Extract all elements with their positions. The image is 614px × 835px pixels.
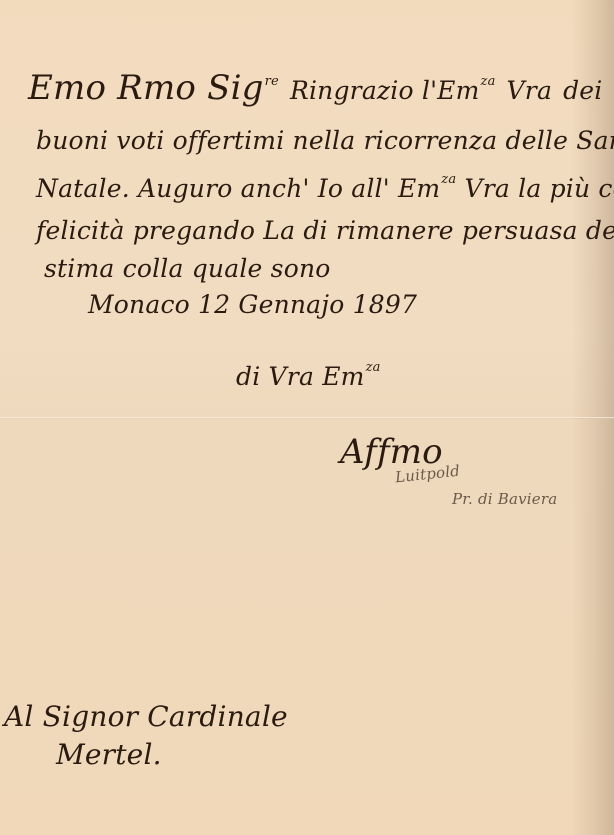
- salutation-emo: Emo: [28, 68, 106, 108]
- paper-fold-line: [0, 417, 614, 419]
- closing: di Vra Emza: [236, 360, 381, 391]
- closing-sup: za: [366, 360, 381, 375]
- address-line-1: Al Signor Cardinale: [4, 700, 288, 733]
- body-line-4: stima colla quale sono: [44, 254, 331, 283]
- salutation-ringrazio: Ringrazio l'Em: [290, 76, 480, 105]
- address-line-2: Mertel.: [56, 738, 162, 771]
- salutation-sig-sup: re: [265, 74, 279, 89]
- body-line-3: felicità pregando La di rimanere persuas…: [36, 216, 614, 245]
- body-line-1: buoni voti offertimi nella ricorrenza de…: [36, 126, 614, 155]
- closing-text: di Vra Em: [236, 362, 365, 391]
- salutation-eza-sup: za: [481, 74, 496, 89]
- salutation-dei: dei: [563, 76, 602, 105]
- body-line-2-end: la più compiuta: [518, 174, 614, 203]
- body-line-2-sup: za: [441, 172, 456, 187]
- salutation-sig: Sig: [207, 68, 264, 108]
- signature-title: Pr. di Baviera: [452, 490, 557, 508]
- body-line-2: Natale. Auguro anch' Io all' Emza Vra la…: [36, 172, 614, 203]
- dateline: Monaco 12 Gennajo 1897: [88, 290, 417, 319]
- salutation-line: Emo Rmo Sigre Ringrazio l'Emza Vra dei: [28, 68, 602, 108]
- body-line-2-vra: Vra: [464, 174, 510, 203]
- salutation-rmo: Rmo: [117, 68, 196, 108]
- salutation-vra: Vra: [507, 76, 553, 105]
- letter-page: Emo Rmo Sigre Ringrazio l'Emza Vra dei b…: [0, 0, 614, 835]
- body-line-2-start: Natale. Auguro anch' Io all' Em: [36, 174, 440, 203]
